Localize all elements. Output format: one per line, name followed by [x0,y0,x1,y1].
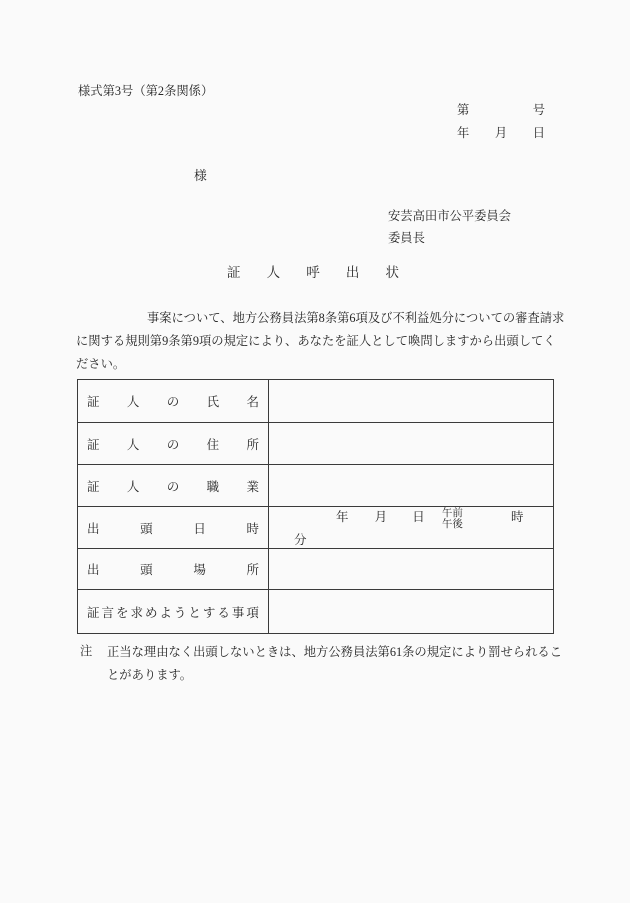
witness-name-value-cell [269,380,554,423]
appearance-place-value-cell [269,549,554,590]
form-number-label: 様式第3号（第2条関係） [78,81,213,99]
penalty-note: 正当な理由なく出頭しないときは、地方公務員法第61条の規定により罰せられるこ と… [107,641,562,687]
table-row-appearance-datetime: 出頭日時 年 月 日 午前 午後 時 分 [78,507,554,549]
datetime-hour-label: 時 [511,507,524,525]
witness-occupation-label: 証人の職業 [87,477,259,495]
witness-occupation-value-cell [269,465,554,507]
appearance-place-label: 出頭場所 [87,560,259,578]
testimony-matters-value-cell [269,590,554,634]
body-paragraph: 事案について、地方公務員法第8条第6項及び不利益処分についての審査請求 に関する… [76,307,554,376]
testimony-matters-label: 証言を求めようとする事項 [87,603,259,621]
date-day-label: 日 [533,123,545,141]
witness-summons-document: 様式第3号（第2条関係） 第 号 年 月 日 様 安芸高田市公平委員会 委員長 … [0,0,630,903]
row-label-cell: 証人の住所 [78,423,269,465]
table-row-witness-name: 証人の氏名 [78,380,554,423]
witness-address-value-cell [269,423,554,465]
appearance-datetime-value-cell: 年 月 日 午前 午後 時 分 [269,507,554,549]
issuer-title: 委員長 [388,228,425,246]
date-month-label: 月 [495,123,507,141]
datetime-pm-label: 午後 [442,519,463,530]
datetime-day-label: 日 [412,507,425,525]
datetime-am-label: 午前 [442,508,463,519]
appearance-datetime-label: 出頭日時 [87,519,259,537]
body-line-2: に関する規則第9条第9項の規定により、あなたを証人として喚問しますから出頭してく [76,330,554,353]
row-label-cell: 出頭日時 [78,507,269,549]
table-row-appearance-place: 出頭場所 [78,549,554,590]
table-row-witness-occupation: 証人の職業 [78,465,554,507]
datetime-minute-label: 分 [294,530,307,548]
doc-no-suffix: 号 [533,100,545,118]
row-label-cell: 証人の氏名 [78,380,269,423]
table-row-witness-address: 証人の住所 [78,423,554,465]
row-label-cell: 出頭場所 [78,549,269,590]
note-line-1: 正当な理由なく出頭しないときは、地方公務員法第61条の規定により罰せられるこ [107,641,562,664]
summons-table: 証人の氏名 証人の住所 証人の職業 出頭日時 年 月 日 [77,379,554,634]
row-label-cell: 証言を求めようとする事項 [78,590,269,634]
addressee-honorific: 様 [194,165,207,184]
note-line-2: とがあります。 [107,664,562,687]
datetime-year-label: 年 [336,507,349,525]
datetime-month-label: 月 [375,507,388,525]
issue-date-line: 年 月 日 [457,123,545,141]
body-line-3: ださい。 [76,353,554,376]
table-row-testimony-matters: 証言を求めようとする事項 [78,590,554,634]
witness-name-label: 証人の氏名 [87,392,259,410]
witness-address-label: 証人の住所 [87,435,259,453]
document-number-line: 第 号 [457,100,545,118]
issuer-organization: 安芸高田市公平委員会 [388,206,511,224]
body-line-1: 事案について、地方公務員法第8条第6項及び不利益処分についての審査請求 [76,307,554,330]
doc-no-prefix: 第 [457,100,469,118]
document-title: 証人呼出状 [227,261,399,281]
note-marker: 注 [80,641,92,659]
date-year-label: 年 [457,123,469,141]
datetime-ampm-label: 午前 午後 [442,508,463,530]
row-label-cell: 証人の職業 [78,465,269,507]
